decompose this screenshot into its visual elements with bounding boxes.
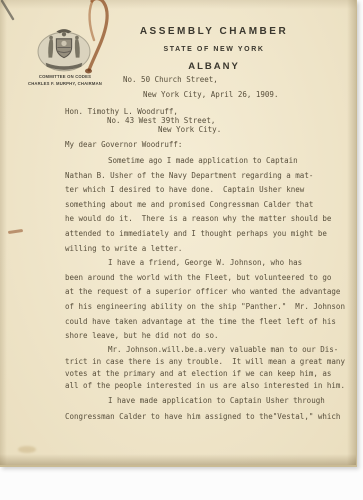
letter-line: of his engineering ability on the ship "… [65,300,351,315]
letter-line: willing to write a letter. [65,242,351,257]
letter-paragraph: Sometime ago I made application to Capta… [65,154,351,256]
letter-body: Sometime ago I made application to Capta… [65,154,351,425]
letter-line: all of the people interested in us are a… [65,380,351,392]
letter-line: he would do it. There is a reason why th… [65,212,351,227]
scanned-letter-scene: ASSEMBLY CHAMBER STATE OF NEW YORK ALBAN… [0,0,363,500]
letter-line: at the request of a superior officer who… [65,285,351,300]
letter-line: Nathan B. Usher of the Navy Department r… [65,169,351,184]
letter-paragraph: I have a friend, George W. Johnson, who … [65,256,351,344]
corner-mark-icon [0,0,20,24]
letter-line: ter which I desired to have done. Captai… [65,183,351,198]
letter-line: I have made application to Captain Usher… [65,393,351,409]
letter-line: votes at the primary and at election if … [65,368,351,380]
letter-line: Sometime ago I made application to Capta… [65,154,351,169]
letter-line: something about me and promised Congress… [65,198,351,213]
letter-paragraph: Mr. Johnson.will.be.a.very valuable man … [65,344,351,393]
rust-dash-stain [8,229,23,234]
letter-line: Congressman Calder to have him assigned … [65,409,351,425]
date-line: New York City, April 26, 1909. [143,90,278,99]
letter-line: Mr. Johnson.will.be.a.very valuable man … [65,344,351,356]
dateline-block: No. 50 Church Street, New York City, Apr… [123,75,278,99]
letterhead-subtitle: STATE OF NEW YORK [118,46,310,53]
recipient-line: New York City. [158,125,221,134]
salutation: My dear Governor Woodruff: [65,140,182,149]
committee-caption: COMMITTEE ON CODES CHARLES F. MURPHY, CH… [10,74,120,87]
recipient-line: Hon. Timothy L. Woodruff, [65,107,221,116]
letterhead: ASSEMBLY CHAMBER STATE OF NEW YORK ALBAN… [118,26,310,72]
letter-paper: ASSEMBLY CHAMBER STATE OF NEW YORK ALBAN… [0,0,357,467]
recipient-address: Hon. Timothy L. Woodruff,No. 43 West 39t… [65,107,221,134]
committee-line2: CHARLES F. MURPHY, CHAIRMAN [10,81,120,88]
recipient-line: No. 43 West 39th Street, [107,116,221,125]
letter-line: trict in case there is any trouble. It w… [65,356,351,368]
faint-bottom-stain [18,446,36,453]
letter-line: shore leave, but he did not do so. [65,329,351,344]
letter-line: I have a friend, George W. Johnson, who … [65,256,351,271]
letter-line: attended to immediately and I thought pe… [65,227,351,242]
sender-address-line: No. 50 Church Street, [123,75,278,84]
new-york-coat-of-arms-seal-icon [36,26,92,73]
letter-line: been around the world with the Fleet, bu… [65,271,351,286]
letter-line: could have taken advantage at the time t… [65,315,351,330]
letterhead-city: ALBANY [118,61,310,72]
letter-paragraph: I have made application to Captain Usher… [65,393,351,425]
letterhead-title: ASSEMBLY CHAMBER [118,26,310,37]
